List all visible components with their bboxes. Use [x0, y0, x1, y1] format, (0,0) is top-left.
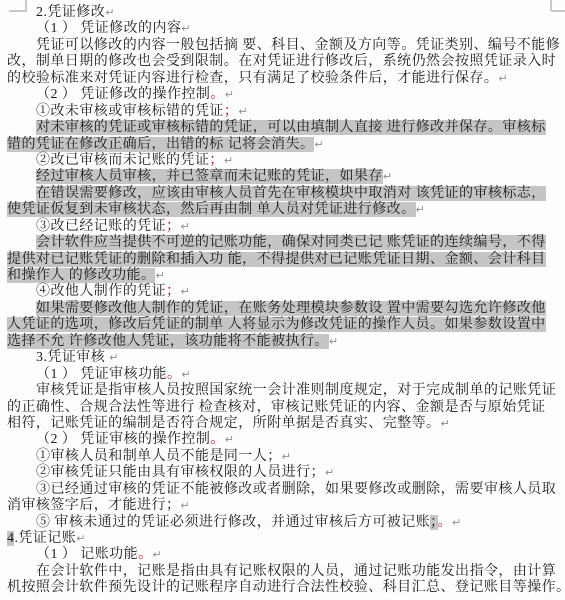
- text-line: 相符，记账凭证的编制是否符合规定，所附单据是否真实、完整等。↵: [7, 416, 563, 432]
- highlighted-text-run: 会计软件应当提供不可逆的记账功能，确保对同类已记 账凭证的连续编号，不得: [36, 235, 546, 250]
- text-line: 错的凭证在修改正确后，出错的标 记将会消失。↵: [7, 137, 563, 153]
- highlighted-text-run: 错的凭证在修改正确后，出错的标 记将会消失。: [7, 137, 314, 152]
- text-line: 选择不允 许修改他人凭证，该功能将不能被执行。↵: [7, 334, 563, 350]
- paragraph-mark-icon: ↵: [224, 154, 233, 167]
- text-line: （1 ） 凭证修改的内容↵: [7, 21, 563, 37]
- text-line: 审核凭证是指审核人员按照国家统一会计准则制度规定，对于完成制单的记账凭证: [7, 383, 563, 399]
- paragraph-mark-icon: ↵: [416, 203, 425, 216]
- text-run: 相符，记账凭证的编制是否符合规定，所附单据是否真实、完整等。: [7, 416, 441, 431]
- text-line: 如果需要修改他人制作的凭证，在账务处理模块参数设 置中需要勾选允许修改他: [7, 301, 563, 317]
- text-run: 改，制单日期的修改也会受到限制。在对凭证进行修改后，系统仍然会按照凭证录入时: [7, 54, 556, 69]
- text-line: 在会计软件中，记账是指由具有记账权限的人员，通过记账功能发出指令，由计算: [7, 564, 563, 580]
- text-line: 机按照会计软件预先设计的记账程序自动进行合法性校验、科目汇总、登记账目等操作。↵: [7, 580, 563, 596]
- paragraph-mark-icon: ↵: [441, 417, 450, 430]
- highlighted-text-run: 人凭证的选项，修改后凭证的制单 人将显示为修改凭证的操作人员。如果参数设置中: [7, 317, 546, 332]
- text-line: 2.凭证修改↵: [7, 5, 563, 21]
- text-run: ①改未审核或审核标错的凭证: [36, 104, 224, 119]
- paragraph-mark-icon: ↵: [325, 466, 334, 479]
- text-line: 会计软件应当提供不可逆的记账功能，确保对同类已记 账凭证的连续编号，不得: [7, 235, 563, 251]
- text-line: 对未审核的凭证或审核标错的凭证，可以由填制人直接 进行修改并保存。审核标: [7, 120, 563, 136]
- document-page: 2.凭证修改↵（1 ） 凭证修改的内容↵凭证可以修改的内容一般包括摘 要、科目、…: [0, 0, 565, 600]
- highlighted-text-run: ；: [430, 515, 437, 530]
- text-run: 凭证可以修改的内容一般包括摘 要、科目、金额及方向等。凭证类别、编号不能修: [36, 38, 560, 53]
- paragraph-mark-icon: ↵: [181, 285, 190, 298]
- text-run: （2 ） 凭证修改的操作控制: [36, 87, 210, 102]
- text-line: 提供对已记账凭证的删除和插入功 能，不得提供对已记账凭证日期、金额、会计科目: [7, 252, 563, 268]
- text-run: ④改他人制作的凭证: [36, 284, 166, 299]
- text-line: 在错误需要修改，应该由审核人员首先在审核模块中取消对 该凭证的审核标志，: [7, 186, 563, 202]
- paragraph-mark-icon: ↵: [282, 450, 291, 463]
- paragraph-mark-icon: ↵: [238, 105, 247, 118]
- paragraph-mark-icon: ↵: [153, 548, 162, 561]
- highlighted-text-run: 使凭证仮复到未审核状态，然后再由制 单人员对凭证进行修改。: [7, 202, 416, 217]
- highlighted-text-run: 经过审核人员审核，并已签章而未记账的凭证，如果存: [36, 169, 383, 184]
- text-line: ③改已经记账的凭证；↵: [7, 219, 563, 235]
- paragraph-mark-icon: ↵: [180, 499, 189, 512]
- text-line: 人凭证的选项，修改后凭证的制单 人将显示为修改凭证的操作人员。如果参数设置中: [7, 317, 563, 333]
- highlighted-text-run: 对未审核的凭证或审核标错的凭证，可以由填制人直接 进行修改并保存。审核标: [36, 120, 546, 135]
- red-punctuation: 。: [138, 547, 152, 562]
- highlighted-text-run: 如果需要修改他人制作的凭证，在账务处理模块参数设 置中需要勾选允许修改他: [36, 301, 546, 316]
- document-text-body: 2.凭证修改↵（1 ） 凭证修改的内容↵凭证可以修改的内容一般包括摘 要、科目、…: [7, 5, 563, 597]
- text-run: （1 ） 凭证修改的内容: [36, 21, 181, 36]
- paragraph-mark-icon: ↵: [181, 22, 190, 35]
- paragraph-mark-icon: ↵: [329, 335, 338, 348]
- text-line: 改，制单日期的修改也会受到限制。在对凭证进行修改后，系统仍然会按照凭证录入时: [7, 54, 563, 70]
- text-line: ⑤ 审核未通过的凭证必须进行修改，并通过审核后方可被记账；。↵: [7, 515, 563, 531]
- paragraph-mark-icon: ↵: [76, 532, 85, 545]
- text-run: （1 ） 凭证审核功能: [36, 367, 167, 382]
- text-line: （1 ） 记账功能。↵: [7, 547, 563, 563]
- highlighted-text-run: 选择不允 许修改他人凭证，该功能将不能被执行。: [7, 334, 329, 349]
- text-run: 的校验标准来对凭证内容进行检查，只有满足了校验条件后，才能进行保存。: [7, 71, 498, 86]
- text-line: 使凭证仮复到未审核状态，然后再由制 单人员对凭证进行修改。↵: [7, 202, 563, 218]
- paragraph-mark-icon: ↵: [498, 72, 507, 85]
- paragraph-mark-icon: ↵: [109, 351, 118, 364]
- text-line: ③已经通过审核的凭证不能被修改或者删除，如果要修改或删除，需要审核人员取: [7, 482, 563, 498]
- text-line: 的校验标准来对凭证内容进行检查，只有满足了校验条件后，才能进行保存。↵: [7, 71, 563, 87]
- paragraph-mark-icon: ↵: [383, 170, 392, 183]
- text-run: ②改已审核而未记账的凭证: [36, 153, 209, 168]
- text-line: （1 ） 凭证审核功能。↵: [7, 367, 563, 383]
- red-punctuation: ；: [209, 153, 223, 168]
- text-run: .凭证记账: [14, 531, 76, 546]
- text-run: （1 ） 记账功能: [36, 547, 138, 562]
- text-run: ⑤ 审核未通过的凭证必须进行修改，并通过审核后方可被记账: [36, 515, 430, 530]
- text-run: 2.凭证修改: [36, 5, 105, 20]
- text-run: ②审核凭证只能由具有审核权限的人员进行；: [36, 465, 325, 480]
- highlighted-text-run: 和操作人 的修改功能。: [7, 268, 155, 283]
- text-run: ③改已经记账的凭证: [36, 219, 166, 234]
- highlighted-text-run: 提供对已记账凭证的删除和插入功 能，不得提供对已记账凭证日期、金额、会计科目: [7, 252, 546, 267]
- red-punctuation: ；: [166, 284, 180, 299]
- text-run: 机按照会计软件预先设计的记账程序自动进行合法性校验、科目汇总、登记账目等操作。: [7, 580, 565, 595]
- red-punctuation: 。: [438, 515, 452, 530]
- text-line: 3.凭证审核 ↵: [7, 350, 563, 366]
- text-line: ①审核人员和制单人员不能是同一人；↵: [7, 449, 563, 465]
- text-line: 凭证可以修改的内容一般包括摘 要、科目、金额及方向等。凭证类别、编号不能修: [7, 38, 563, 54]
- text-run: 在会计软件中，记账是指由具有记账权限的人员，通过记账功能发出指令，由计算: [36, 564, 556, 579]
- paragraph-mark-icon: ↵: [225, 433, 234, 446]
- red-punctuation: 。: [210, 432, 224, 447]
- red-punctuation: 。: [210, 87, 224, 102]
- paragraph-mark-icon: ↵: [225, 88, 234, 101]
- text-line: ②改已审核而未记账的凭证；↵: [7, 153, 563, 169]
- red-punctuation: ；: [166, 219, 180, 234]
- paragraph-mark-icon: ↵: [452, 516, 461, 529]
- text-line: 和操作人 的修改功能。↵: [7, 268, 563, 284]
- text-line: 的正确性、合规合法性等进行 检查核对，审核记账凭证的内容、金额是否与原始凭证: [7, 400, 563, 416]
- red-punctuation: 。: [167, 367, 181, 382]
- highlighted-text-run: 在错误需要修改，应该由审核人员首先在审核模块中取消对 该凭证的审核标志，: [36, 186, 546, 201]
- paragraph-mark-icon: ↵: [155, 269, 164, 282]
- text-run: 审核凭证是指审核人员按照国家统一会计准则制度规定，对于完成制单的记账凭证: [36, 383, 556, 398]
- text-line: 4.凭证记账↵: [7, 531, 563, 547]
- text-line: 消审核签字后，才能进行；↵: [7, 498, 563, 514]
- text-run: 3.凭证审核: [36, 350, 109, 365]
- text-run: 的正确性、合规合法性等进行 检查核对，审核记账凭证的内容、金额是否与原始凭证: [7, 400, 546, 415]
- text-run: ①审核人员和制单人员不能是同一人；: [36, 449, 282, 464]
- text-run: （2 ） 凭证审核的操作控制: [36, 432, 210, 447]
- text-run: ③已经通过审核的凭证不能被修改或者删除，如果要修改或删除，需要审核人员取: [36, 482, 556, 497]
- red-punctuation: ；: [224, 104, 238, 119]
- paragraph-mark-icon: ↵: [314, 138, 323, 151]
- text-line: ④改他人制作的凭证；↵: [7, 284, 563, 300]
- text-line: 经过审核人员审核，并已签章而未记账的凭证，如果存↵: [7, 169, 563, 185]
- paragraph-mark-icon: ↵: [181, 220, 190, 233]
- text-line: （2 ） 凭证审核的操作控制。↵: [7, 432, 563, 448]
- text-line: ①改未审核或审核标错的凭证；↵: [7, 104, 563, 120]
- text-run: 消审核签字后，才能进行；: [7, 498, 180, 513]
- paragraph-mark-icon: ↵: [181, 368, 190, 381]
- paragraph-mark-icon: ↵: [105, 6, 114, 19]
- text-line: （2 ） 凭证修改的操作控制。↵: [7, 87, 563, 103]
- text-line: ②审核凭证只能由具有审核权限的人员进行；↵: [7, 465, 563, 481]
